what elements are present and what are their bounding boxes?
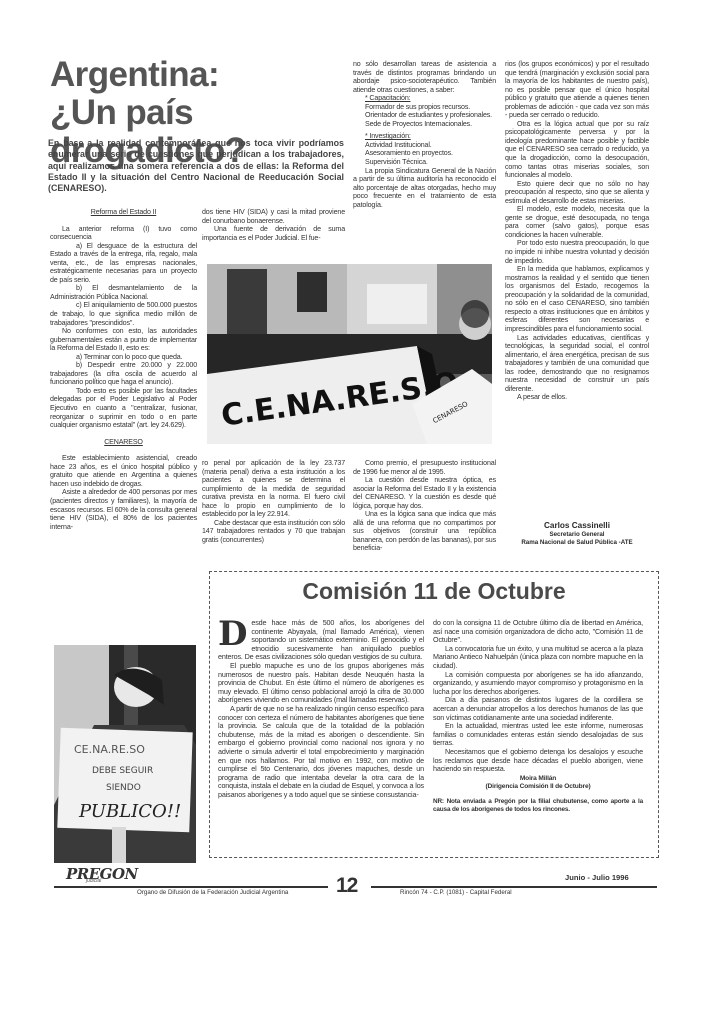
paragraph: Esto quiere decir que no sólo no hay pre… <box>505 180 649 206</box>
list-item: Supervisión Técnica. <box>353 158 496 167</box>
pregon-logo-sub: judicial <box>86 878 101 884</box>
paragraph: Una fuente de derivación de suma importa… <box>202 225 345 242</box>
article-column-4: rios (los grupos económicos) y por el re… <box>505 60 649 402</box>
list-item: Actividad Institucional. <box>353 141 496 150</box>
paragraph: Día a día paisanos de distintos lugares … <box>433 696 643 722</box>
paragraph: Este establecimiento asistencial, creado… <box>50 454 197 488</box>
paragraph: A pesar de ellos. <box>505 393 649 402</box>
paragraph: Otra es la lógica actual que por su raíz… <box>505 120 649 180</box>
paragraph: No conformes con esto, las autoridades g… <box>50 327 197 353</box>
article-column-2-top: dos tiene HIV (SIDA) y casi la mitad pro… <box>202 208 345 242</box>
article-lead: En base a la realidad contemporánea que … <box>48 138 344 194</box>
section-heading-reforma: Reforma del Estado II <box>50 208 197 217</box>
footer-rule-right <box>371 886 657 888</box>
paragraph: A partir de que no se ha realizado ningú… <box>218 705 424 800</box>
footer-logo: PREGON judicial <box>66 865 138 883</box>
list-label-investigacion: * Investigación: <box>353 132 496 141</box>
list-item: Orientador de estudiantes y profesionale… <box>353 111 496 120</box>
protest-march-photo: C.E.NA.RE.S.O. CENARESO <box>207 264 492 444</box>
list-item: Asesoramiento en proyectos. <box>353 149 496 158</box>
protester-sign-photo: CE.NA.RE.SO DEBE SEGUIR SIENDO PUBLICO!! <box>54 645 196 863</box>
article-column-1: Reforma del Estado II La anterior reform… <box>50 208 197 531</box>
paragraph: La convocatoria fue un éxito, y una mult… <box>433 645 643 671</box>
footer-address: Rincón 74 - C.P. (1081) - Capital Federa… <box>400 889 512 896</box>
paragraph: rios (los grupos económicos) y por el re… <box>505 60 649 120</box>
article-column-3-top: no sólo desarrollan tareas de asistencia… <box>353 60 496 209</box>
paragraph: La comisión compuesta por aborígenes se … <box>433 671 643 697</box>
section-heading-cenareso: CENARESO <box>50 438 197 447</box>
paragraph: El pueblo mapuche es uno de los grupos a… <box>218 662 424 705</box>
paragraph: b) Despedir entre 20.000 y 22.000 trabaj… <box>50 361 197 387</box>
paragraph: La cuestión desde nuestra óptica, es aso… <box>353 476 496 510</box>
paragraph: Las actividades educativas, científicas … <box>505 334 649 394</box>
paragraph: b) El desmantelamiento de la Administrac… <box>50 284 197 301</box>
article-signature: Carlos Cassinelli Secretario General Ram… <box>505 521 649 547</box>
paragraph: dos tiene HIV (SIDA) y casi la mitad pro… <box>202 208 345 225</box>
title-line-1: Argentina: <box>50 56 350 94</box>
signature-name: Carlos Cassinelli <box>505 521 649 531</box>
comision-column-right: do con la consigna 11 de Octubre último … <box>433 619 643 814</box>
paragraph: La anterior reforma (I) tuvo como consec… <box>50 225 197 242</box>
article-column-2-bottom: ro penal por aplicación de la ley 23.737… <box>202 459 345 544</box>
svg-text:PUBLICO!!: PUBLICO!! <box>78 801 181 822</box>
protest-photo-illustration: C.E.NA.RE.S.O. CENARESO <box>207 264 492 444</box>
paragraph: En la medida que hablamos, explicamos y … <box>505 265 649 333</box>
footer-date: Junio - Julio 1996 <box>565 873 629 882</box>
list-label-capacitacion: * Capacitación: <box>353 94 496 103</box>
paragraph: a) Terminar con lo poco que queda. <box>50 353 197 362</box>
paragraph: Desde hace más de 500 años, los aborígen… <box>218 619 424 662</box>
paragraph: En la actualidad, mientras usted lee est… <box>433 722 643 748</box>
editor-note: NR: Nota enviada a Pregón por la filial … <box>433 798 643 814</box>
pregon-logo: PREGON <box>66 865 138 883</box>
protester-photo-illustration: CE.NA.RE.SO DEBE SEGUIR SIENDO PUBLICO!! <box>54 645 196 863</box>
paragraph: Por todo esto nuestra preocupación, lo q… <box>505 239 649 265</box>
comision-signature-name: Moira Millán <box>433 775 643 783</box>
signature-role: Secretario General <box>505 531 649 539</box>
paragraph: ro penal por aplicación de la ley 23.737… <box>202 459 345 519</box>
paragraph: Todo esto es posible por las facultades … <box>50 387 197 430</box>
list-item: Sede de Proyectos Internacionales. <box>353 120 496 129</box>
comision-box-title: Comisión 11 de Octubre <box>209 578 659 605</box>
paragraph: Una es la lógica sana que indica que más… <box>353 510 496 553</box>
paragraph: a) El desguace de la estructura del Esta… <box>50 242 197 285</box>
comision-column-left: Desde hace más de 500 años, los aborígen… <box>218 619 424 799</box>
paragraph: Cabe destacar que esta institución con s… <box>202 519 345 545</box>
sign-line-1: CE.NA.RE.SO <box>74 743 145 756</box>
paragraph: Como premio, el presupuesto instituciona… <box>353 459 496 476</box>
paragraph: La propia Sindicatura General de la Naci… <box>353 167 496 210</box>
footer-tagline: Organo de Difusión de la Federación Judi… <box>137 889 288 896</box>
dropcap: D <box>218 620 247 648</box>
article-column-3-bottom: Como premio, el presupuesto instituciona… <box>353 459 496 553</box>
svg-text:SIENDO: SIENDO <box>106 783 141 793</box>
paragraph: Necesitamos que el gobierno detenga los … <box>433 748 643 774</box>
paragraph: no sólo desarrollan tareas de asistencia… <box>353 60 496 94</box>
paragraph: c) El aniquilamiento de 500.000 puestos … <box>50 301 197 327</box>
svg-text:DEBE SEGUIR: DEBE SEGUIR <box>92 766 153 776</box>
page-number: 12 <box>336 874 357 898</box>
list-item: Formador de sus propios recursos. <box>353 103 496 112</box>
signature-org: Rama Nacional de Salud Pública -ATE <box>505 539 649 547</box>
paragraph: El modelo, este modelo, necesita que la … <box>505 205 649 239</box>
paragraph: do con la consigna 11 de Octubre último … <box>433 619 643 645</box>
footer-rule-left <box>54 886 328 888</box>
comision-signature-role: (Dirigencia Comisión II de Octubre) <box>433 783 643 791</box>
paragraph: Asiste a alrededor de 400 personas por m… <box>50 488 197 531</box>
